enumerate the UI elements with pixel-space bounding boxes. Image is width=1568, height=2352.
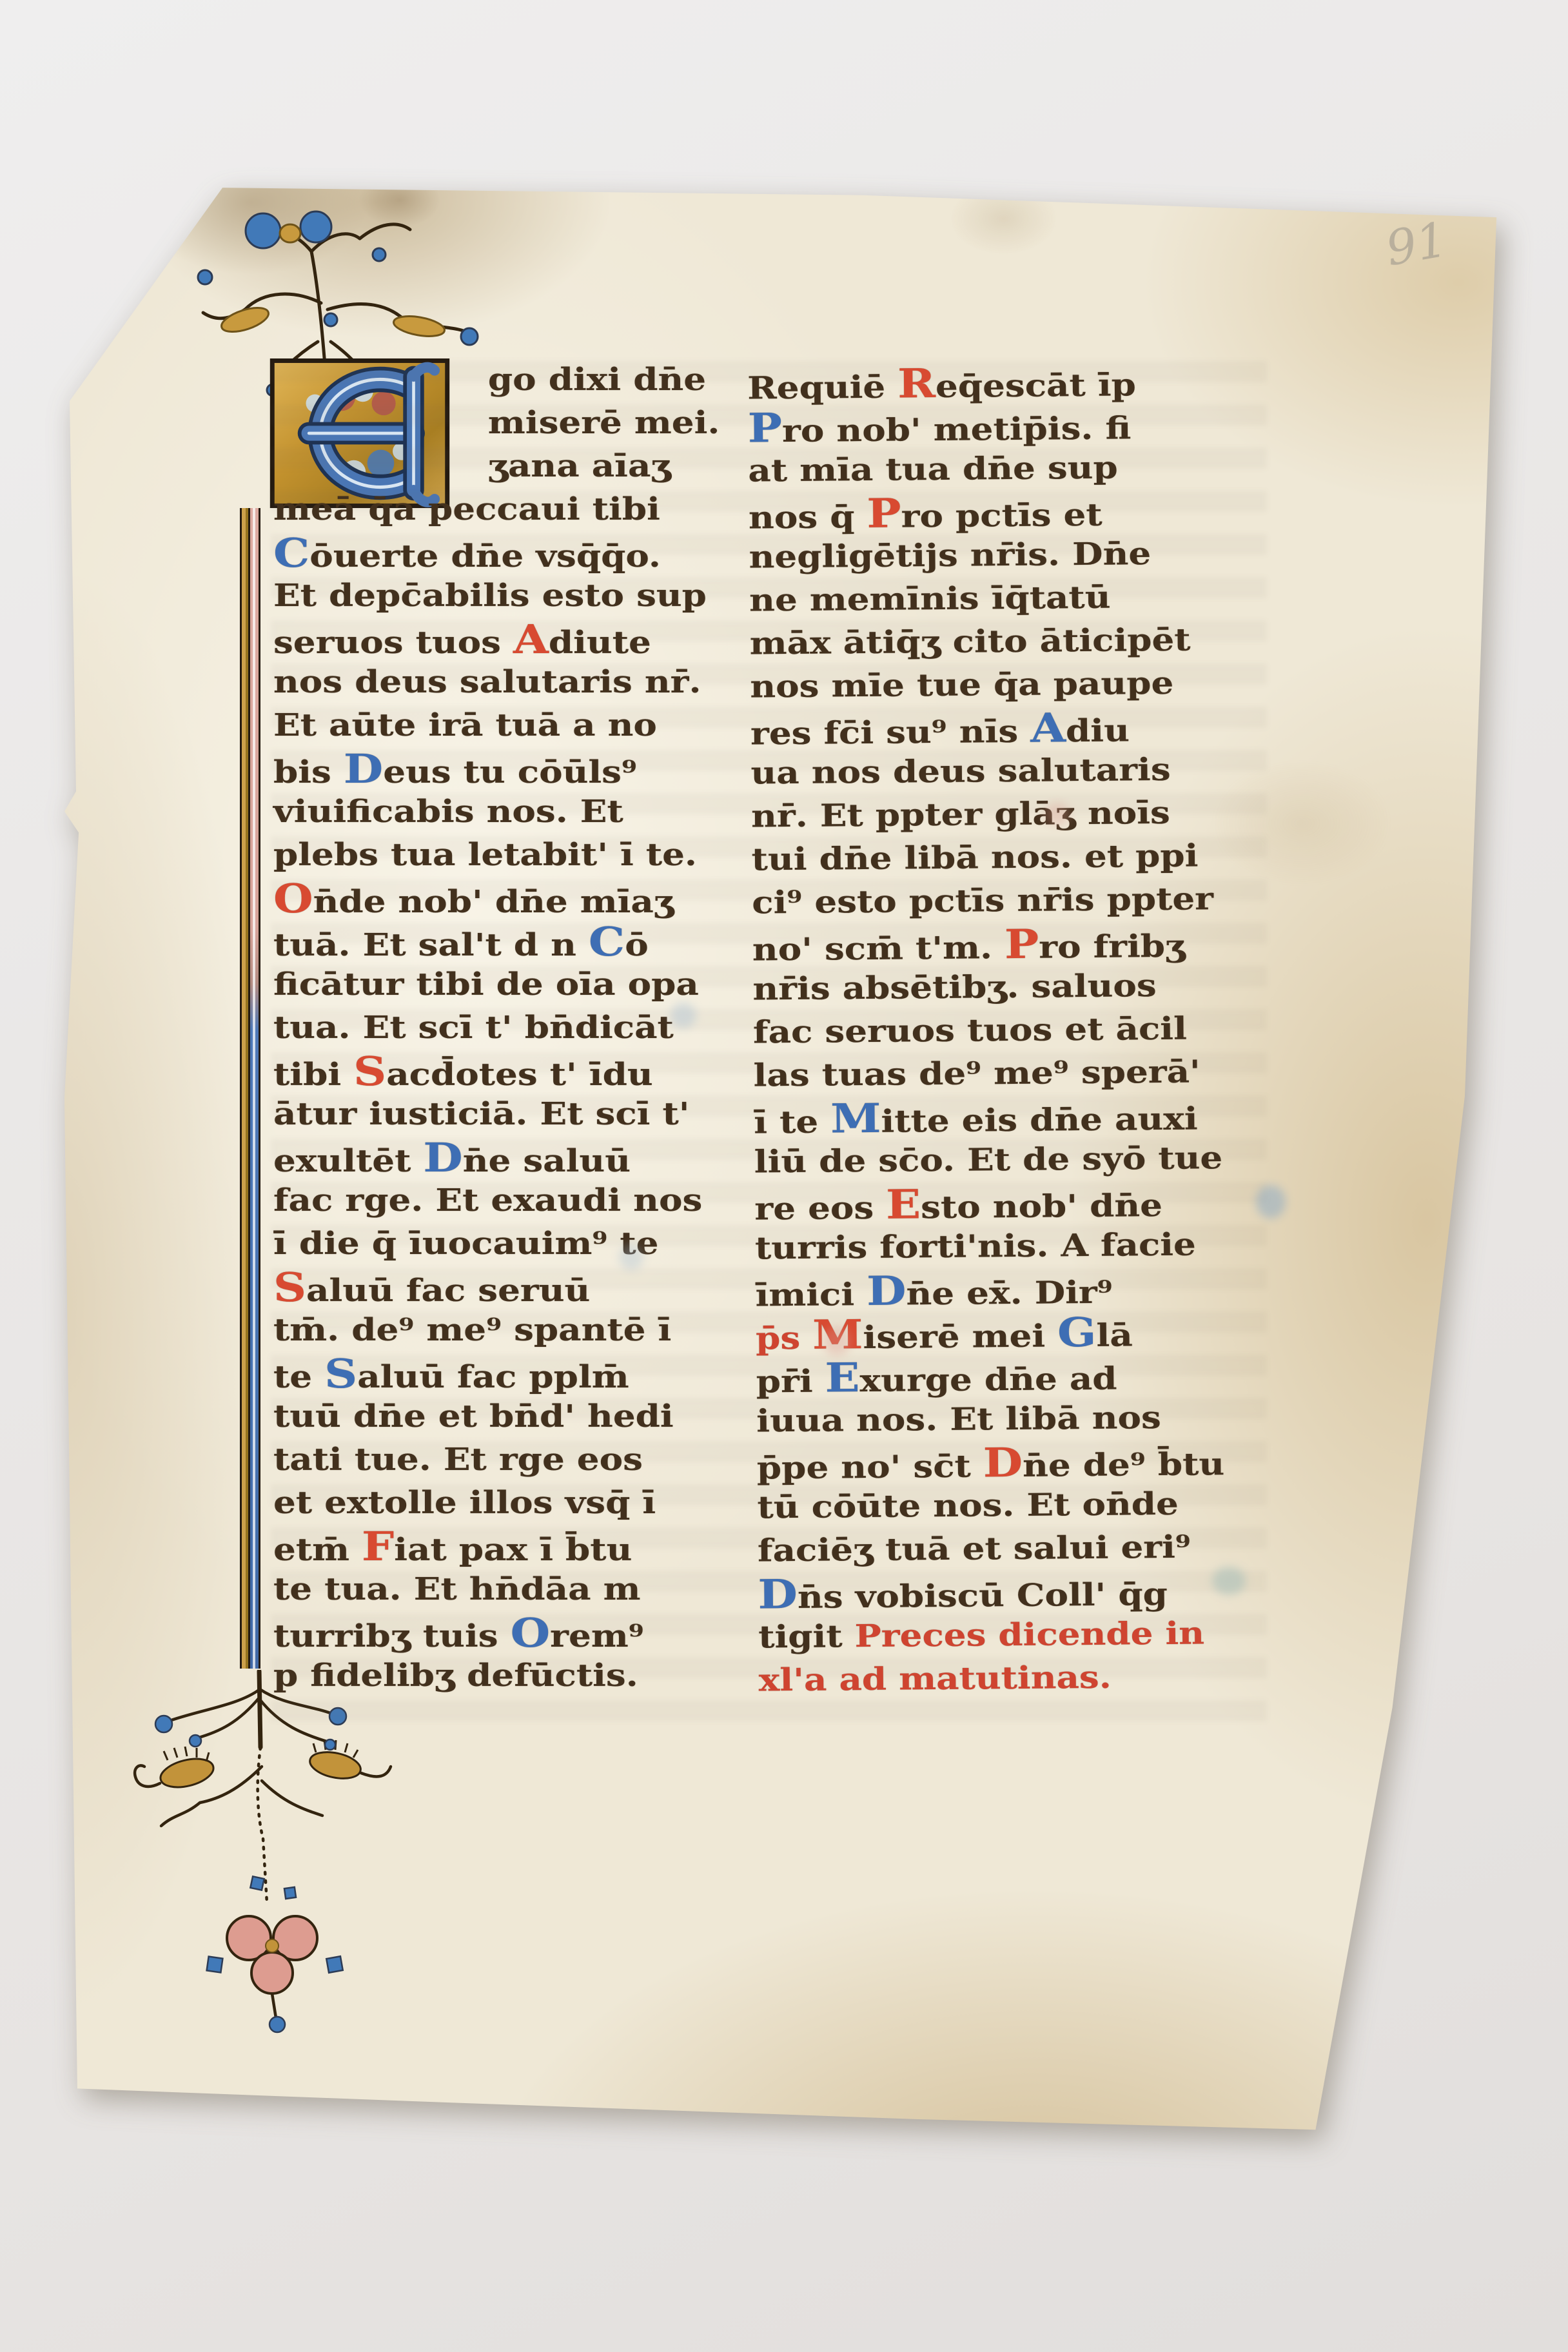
text-segment: xurge dn̄e ad	[859, 1361, 1117, 1399]
pigment-smudge	[671, 1003, 696, 1028]
text-segment: ō	[625, 927, 648, 963]
manuscript-line: Pro nob' metip̄is. fi	[748, 402, 1337, 450]
text-segment: tua. Et scī t' bn̄dicāt	[273, 1010, 674, 1046]
text-segment: tuā. Et sal't d n	[273, 927, 589, 963]
text-segment: n̄e ex̄. Dir⁹	[906, 1275, 1113, 1313]
text-segment: iserē mei	[863, 1318, 1057, 1356]
illuminated-initial-E	[266, 358, 454, 508]
manuscript-line: Cōuerte dn̄e vsq̄q̄o.	[273, 531, 788, 574]
manuscript-line: ua nos deus salutaris	[750, 747, 1339, 796]
text-segment: te	[273, 1359, 324, 1395]
vellum-leaf-shadow: go dixi dn̄emiserē mei.ʒana aīaʒmeā q̄a …	[0, 0, 1568, 2352]
rubric-text: Preces dicende in	[854, 1615, 1204, 1654]
red-versal-initial: A	[513, 616, 549, 663]
manuscript-line: bis Deus tu cōūls⁹	[273, 747, 788, 790]
manuscript-line: te tua. Et hn̄dāa m	[273, 1568, 788, 1611]
text-segment: nr̄. Et ppter glāʒ noīs	[751, 795, 1170, 835]
text-segment: tati tue. Et rge eos	[273, 1442, 643, 1478]
text-segment: et extolle illos vsq̄ ī	[273, 1485, 656, 1521]
text-segment: p̄pe no' sc̄t	[757, 1448, 983, 1486]
blue-versal-initial: D	[344, 745, 383, 792]
text-segment: ro fribʒ	[1039, 928, 1185, 966]
text-segment: res fc̄i su⁹ nīs	[750, 714, 1031, 752]
vellum-leaf: go dixi dn̄emiserē mei.ʒana aīaʒmeā q̄a …	[0, 0, 1568, 2352]
text-segment: n̄e saluū	[463, 1143, 631, 1179]
manuscript-line: etm̄ Fiat pax ī b̄tu	[273, 1525, 788, 1568]
pigment-smudge	[823, 1327, 851, 1355]
manuscript-line: seruos tuos Adiute	[273, 618, 788, 661]
manuscript-line: tua. Et scī t' bn̄dicāt	[273, 1006, 788, 1050]
text-segment: viuificabis nos. Et	[273, 794, 623, 830]
manuscript-line: ī te Mitte eis dn̄e auxi	[754, 1093, 1342, 1141]
manuscript-line: ʒana aīaʒ	[273, 445, 788, 488]
text-segment: las tuas de⁹ me⁹ sperā'	[753, 1053, 1200, 1093]
manuscript-line: ī die q̄ īuocauim⁹ te	[273, 1222, 788, 1266]
text-segment: diu	[1066, 712, 1130, 749]
manuscript-line: plebs tua letabit' ī te.	[273, 834, 788, 877]
text-segment: itte eis dn̄e auxi	[881, 1101, 1198, 1139]
text-segment: sto nob' dn̄e	[921, 1188, 1162, 1226]
text-segment: at mīa tua dn̄e sup	[748, 450, 1118, 489]
manuscript-line: turris forti'nis. A facie	[755, 1222, 1344, 1271]
blue-versal-initial: A	[1030, 704, 1066, 751]
manuscript-line: fac seruos tuos et ācil	[753, 1006, 1342, 1055]
manuscript-line: p̄pe no' sc̄t Dn̄e de⁹ b̄tu	[757, 1438, 1346, 1487]
text-segment: te tua. Et hn̄dāa m	[273, 1571, 640, 1607]
text-segment: pr̄i	[756, 1364, 825, 1400]
manuscript-line: tibi Sacd̄otes t' īdu	[273, 1050, 788, 1093]
text-segment: ī te	[754, 1104, 830, 1141]
pigment-smudge	[619, 1244, 643, 1270]
text-segment: fac seruos tuos et ācil	[753, 1011, 1187, 1051]
blue-versal-initial: D	[423, 1134, 462, 1181]
text-column-right: Requiē Req̄escāt īpPro nob' metip̄is. fi…	[747, 359, 1275, 1703]
text-segment: nr̄is absētibʒ. saluos	[752, 968, 1157, 1007]
folio-number: 91	[1382, 211, 1451, 277]
red-versal-initial: O	[273, 875, 313, 922]
manuscript-line: tū cōūte nos. Et on̄de	[757, 1482, 1346, 1530]
rubric-text: xl'a ad matutinas.	[759, 1660, 1112, 1699]
manuscript-line: nr̄is absētibʒ. saluos	[752, 963, 1341, 1012]
manuscript-line: nos q̄ Pro pctīs et	[749, 488, 1337, 536]
manuscript-line: ci⁹ esto pctīs nr̄is ppter	[752, 877, 1340, 925]
text-segment: plebs tua letabit' ī te.	[273, 837, 697, 873]
manuscript-line: īmici Dn̄e ex̄. Dir⁹	[755, 1266, 1344, 1314]
text-segment: go dixi dn̄e	[488, 362, 706, 398]
text-segment: māx ātiq̄ʒ cito āticipēt	[750, 622, 1191, 662]
text-segment: n̄e de⁹ b̄tu	[1023, 1446, 1225, 1484]
manuscript-line: p fidelibʒ defūctis.	[273, 1654, 788, 1698]
text-segment: exultēt	[273, 1143, 423, 1179]
manuscript-line: miserē mei.	[273, 402, 788, 445]
blue-versal-initial: P	[748, 404, 783, 451]
pigment-smudge	[1256, 1185, 1286, 1219]
red-versal-initial: S	[273, 1264, 306, 1311]
blue-versal-initial: O	[511, 1609, 551, 1656]
blue-versal-initial: C	[589, 918, 625, 965]
manuscript-line: nr̄. Et ppter glāʒ noīs	[751, 790, 1340, 839]
blue-versal-initial: G	[1057, 1309, 1097, 1357]
manuscript-line: tm̄. de⁹ me⁹ spantē ī	[273, 1309, 788, 1352]
text-segment: ātur iusticiā. Et scī t'	[273, 1096, 690, 1132]
manuscript-line: Dn̄s vobiscū Coll' q̄g	[758, 1568, 1346, 1616]
text-segment: etm̄	[273, 1532, 362, 1568]
blue-versal-initial: D	[758, 1571, 798, 1618]
manuscript-line: res fc̄i su⁹ nīs Adiu	[750, 704, 1339, 752]
text-segment: ī die q̄ īuocauim⁹ te	[273, 1226, 658, 1262]
text-segment: ci⁹ esto pctīs nr̄is ppter	[752, 881, 1213, 921]
manuscript-line: at mīa tua dn̄e sup	[748, 445, 1337, 493]
manuscript-line: faciēʒ tuā et salui eri⁹	[758, 1525, 1346, 1573]
bottom-pen-flourish-icon	[122, 1670, 432, 2037]
text-segment: tigit	[758, 1618, 855, 1655]
text-segment: p fidelibʒ defūctis.	[273, 1658, 638, 1694]
manuscript-line: meā q̄a peccaui tibi	[273, 488, 788, 531]
text-segment: tū cōūte nos. Et on̄de	[757, 1486, 1179, 1526]
text-segment: tibi	[273, 1057, 353, 1093]
verso-show-through	[271, 361, 1267, 1721]
red-versal-initial: E	[886, 1181, 921, 1228]
text-column-left: go dixi dn̄emiserē mei.ʒana aīaʒmeā q̄a …	[273, 358, 725, 1698]
manuscript-line: Saluū fac seruū	[273, 1266, 788, 1309]
manuscript-line: nos mīe tue q̄a paupe	[750, 661, 1338, 709]
text-segment: no' scm̄ t'm.	[752, 930, 1005, 968]
red-versal-initial: R	[897, 360, 936, 407]
text-segment: Et aūte irā tuā a no	[273, 707, 657, 743]
red-versal-initial: M	[812, 1311, 863, 1358]
text-segment: rem⁹	[550, 1618, 644, 1654]
manuscript-line: iuua nos. Et libā nos	[756, 1395, 1345, 1444]
text-segment: seruos tuos	[273, 625, 513, 661]
red-versal-initial: S	[353, 1048, 386, 1095]
manuscript-line: nos deus salutaris nr̄.	[273, 661, 788, 704]
manuscript-line: las tuas de⁹ me⁹ sperā'	[753, 1050, 1342, 1098]
blue-versal-initial: S	[324, 1350, 357, 1397]
manuscript-line: ātur iusticiā. Et scī t'	[273, 1093, 788, 1136]
text-segment: acd̄otes t' īdu	[386, 1057, 652, 1093]
manuscript-line: exultēt Dn̄e saluū	[273, 1136, 788, 1179]
text-segment: faciēʒ tuā et salui eri⁹	[758, 1529, 1191, 1569]
manuscript-line: no' scm̄ t'm. Pro fribʒ	[752, 920, 1341, 968]
manuscript-line: tuā. Et sal't d n Cō	[273, 920, 788, 963]
blue-versal-initial: M	[830, 1095, 881, 1142]
manuscript-line: māx ātiq̄ʒ cito āticipēt	[749, 618, 1338, 666]
text-segment: re eos	[754, 1190, 886, 1228]
text-segment: nos q̄	[749, 499, 867, 536]
text-segment: turribʒ tuis	[273, 1618, 511, 1654]
text-segment: lā	[1096, 1317, 1133, 1353]
text-segment: Et depc̄abilis esto sup	[273, 578, 707, 614]
red-versal-initial: P	[867, 489, 901, 536]
pigment-smudge	[1044, 803, 1070, 826]
blue-versal-initial: D	[867, 1267, 906, 1315]
manuscript-line: negligētijs nr̄is. Dn̄e	[749, 531, 1337, 580]
text-segment: diute	[549, 625, 651, 661]
manuscript-line: liū de sc̄o. Et de syō tue	[754, 1136, 1342, 1184]
text-segment: aluū fac seruū	[306, 1273, 590, 1309]
manuscript-line: pr̄i Exurge dn̄e ad	[756, 1352, 1344, 1400]
text-segment: ro nob' metip̄is. fi	[782, 410, 1132, 449]
manuscript-line: viuificabis nos. Et	[273, 790, 788, 834]
red-versal-initial: D	[983, 1439, 1023, 1487]
text-segment: iuua nos. Et libā nos	[756, 1400, 1161, 1439]
manuscript-line: Et depc̄abilis esto sup	[273, 574, 788, 618]
manuscript-line: On̄de nob' dn̄e mīaʒ	[273, 877, 788, 920]
text-segment: negligētijs nr̄is. Dn̄e	[749, 536, 1151, 575]
text-segment: īmici	[755, 1277, 867, 1314]
text-segment: eus tu cōūls⁹	[383, 754, 637, 790]
text-segment: bis	[273, 754, 344, 790]
photograph-of-manuscript-leaf: go dixi dn̄emiserē mei.ʒana aīaʒmeā q̄a …	[0, 0, 1568, 2352]
text-segment: n̄s vobiscū Coll' q̄g	[798, 1576, 1168, 1616]
text-segment: turris forti'nis. A facie	[755, 1227, 1196, 1267]
text-segment: aluū fac pplm̄	[357, 1359, 629, 1395]
top-pen-flourish-icon	[166, 193, 489, 413]
manuscript-line: re eos Esto nob' dn̄e	[754, 1179, 1343, 1228]
manuscript-line: Et aūte irā tuā a no	[273, 704, 788, 747]
text-segment: miserē mei.	[488, 405, 720, 441]
text-segment: ne memīnis īq̄tatū	[749, 580, 1111, 619]
text-segment: tuū dn̄e et bn̄d' hedi	[273, 1398, 674, 1435]
text-segment: tui dn̄e libā nos. et ppi	[751, 838, 1198, 877]
text-segment: iat pax ī b̄tu	[394, 1532, 632, 1568]
manuscript-line: ne memīnis īq̄tatū	[749, 574, 1338, 623]
text-segment: ua nos deus salutaris	[750, 752, 1171, 792]
text-segment: fac rge. Et exaudi nos	[273, 1182, 702, 1219]
manuscript-line: xl'a ad matutinas.	[758, 1654, 1347, 1702]
text-segment: ro pctīs et	[901, 497, 1102, 535]
manuscript-line: tigit Preces dicende in	[758, 1611, 1347, 1659]
manuscript-line: tui dn̄e libā nos. et ppi	[751, 834, 1340, 882]
manuscript-line: turribʒ tuis Orem⁹	[273, 1611, 788, 1654]
manuscript-line: tuū dn̄e et bn̄d' hedi	[273, 1395, 788, 1438]
text-segment: meā q̄a peccaui tibi	[273, 491, 660, 527]
red-versal-initial: P	[1004, 921, 1039, 968]
blue-versal-initial: C	[273, 529, 309, 576]
text-segment: liū de sc̄o. Et de syō tue	[754, 1140, 1223, 1180]
manuscript-line: te Saluū fac pplm̄	[273, 1352, 788, 1395]
text-segment: eq̄escāt īp	[936, 367, 1136, 405]
rubric-text: p̄s	[756, 1320, 813, 1357]
manuscript-line: Requiē Req̄escāt īp	[747, 358, 1336, 407]
manuscript-line: et extolle illos vsq̄ ī	[273, 1482, 788, 1525]
manuscript-line: ficātur tibi de oīa opa	[273, 963, 788, 1006]
text-segment: Requiē	[747, 369, 897, 406]
manuscript-line: fac rge. Et exaudi nos	[273, 1179, 788, 1222]
text-segment: ʒana aīaʒ	[488, 448, 671, 484]
manuscript-line: tati tue. Et rge eos	[273, 1438, 788, 1482]
manuscript-line: p̄s Miserē mei Glā	[756, 1309, 1344, 1357]
manuscript-line: go dixi dn̄e	[273, 358, 788, 402]
red-versal-initial: F	[362, 1523, 394, 1570]
pigment-smudge	[1212, 1567, 1246, 1595]
text-segment: nos deus salutaris nr̄.	[273, 664, 701, 700]
blue-versal-initial: E	[825, 1354, 860, 1401]
text-segment: ōuerte dn̄e vsq̄q̄o.	[309, 538, 661, 574]
text-segment: ficātur tibi de oīa opa	[273, 966, 699, 1003]
bar-border	[240, 508, 260, 1669]
text-segment: nos mīe tue q̄a paupe	[750, 665, 1173, 705]
text-segment: tm̄. de⁹ me⁹ spantē ī	[273, 1312, 671, 1348]
text-segment: n̄de nob' dn̄e mīaʒ	[313, 884, 674, 920]
